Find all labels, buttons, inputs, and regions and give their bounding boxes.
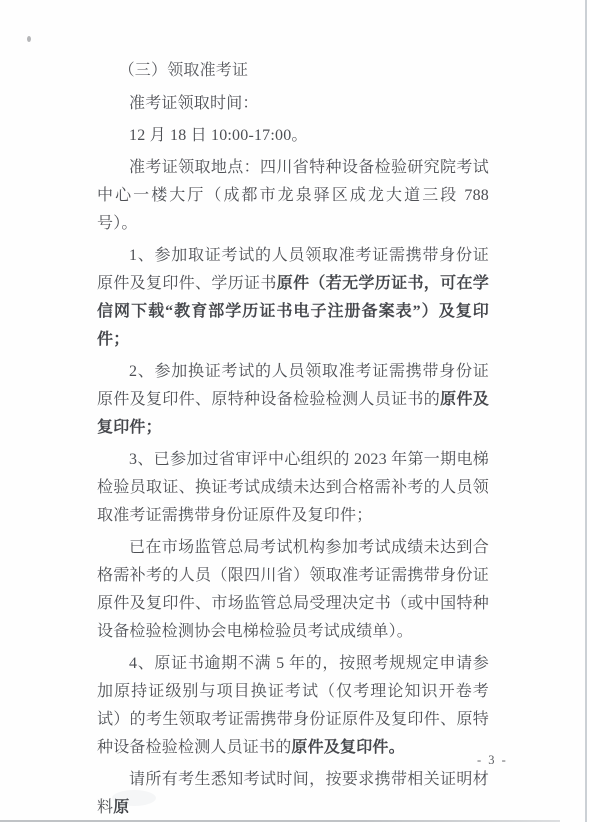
text-run: 2、参加换证考试的人员领取准考证需携带身份证原件及复印件、原特种设备检验检测人员… xyxy=(97,363,489,408)
page-edge-right xyxy=(585,0,587,822)
paragraph-item-2: 2、参加换证考试的人员领取准考证需携带身份证原件及复印件、原特种设备检验检测人员… xyxy=(97,358,489,442)
paragraph-pickup-time-label: 准考证领取时间： xyxy=(97,90,489,118)
paragraph-notice: 请所有考生悉知考试时间，按要求携带相关证明材料原 xyxy=(97,766,489,822)
page-edge-bottom xyxy=(0,820,560,822)
text-run: 准考证领取时间： xyxy=(129,95,259,112)
document-body: （三）领取准考证 准考证领取时间： 12 月 18 日 10:00-17:00。… xyxy=(97,57,489,826)
page-number: - 3 - xyxy=(477,753,508,768)
paragraph-pickup-time-value: 12 月 18 日 10:00-17:00。 xyxy=(97,122,489,150)
text-run-bold: 原 xyxy=(113,799,129,816)
text-run: 准考证领取地点：四川省特种设备检验研究院考试中心一楼大厅（成都市龙泉驿区成龙大道… xyxy=(97,159,489,232)
section-heading: （三）领取准考证 xyxy=(97,57,489,85)
paragraph-item-1: 1、参加取证考试的人员领取准考证需携带身份证原件及复印件、学历证书原件（若无学历… xyxy=(97,242,489,354)
scanned-document-page: （三）领取准考证 准考证领取时间： 12 月 18 日 10:00-17:00。… xyxy=(0,0,590,830)
text-run: 3、已参加过省审评中心组织的 2023 年第一期电梯检验员取证、换证考试成绩未达… xyxy=(97,451,489,524)
paragraph-pickup-location: 准考证领取地点：四川省特种设备检验研究院考试中心一楼大厅（成都市龙泉驿区成龙大道… xyxy=(97,154,489,238)
text-run: 12 月 18 日 10:00-17:00。 xyxy=(129,127,308,144)
text-run: 请所有考生悉知考试时间，按要求携带相关证明材料 xyxy=(97,771,489,816)
paragraph-item-4: 4、原证书逾期不满 5 年的，按照考规规定申请参加原持证级别与项目换证考试（仅考… xyxy=(97,650,489,762)
text-run-bold: 原件及复印件。 xyxy=(291,739,404,756)
text-run: 已在市场监管总局考试机构参加考试成绩未达到合格需补考的人员（限四川省）领取准考证… xyxy=(97,539,489,640)
paragraph-item-3: 3、已参加过省审评中心组织的 2023 年第一期电梯检验员取证、换证考试成绩未达… xyxy=(97,446,489,530)
scan-speck xyxy=(27,36,31,42)
paragraph-item-3-continued: 已在市场监管总局考试机构参加考试成绩未达到合格需补考的人员（限四川省）领取准考证… xyxy=(97,534,489,646)
